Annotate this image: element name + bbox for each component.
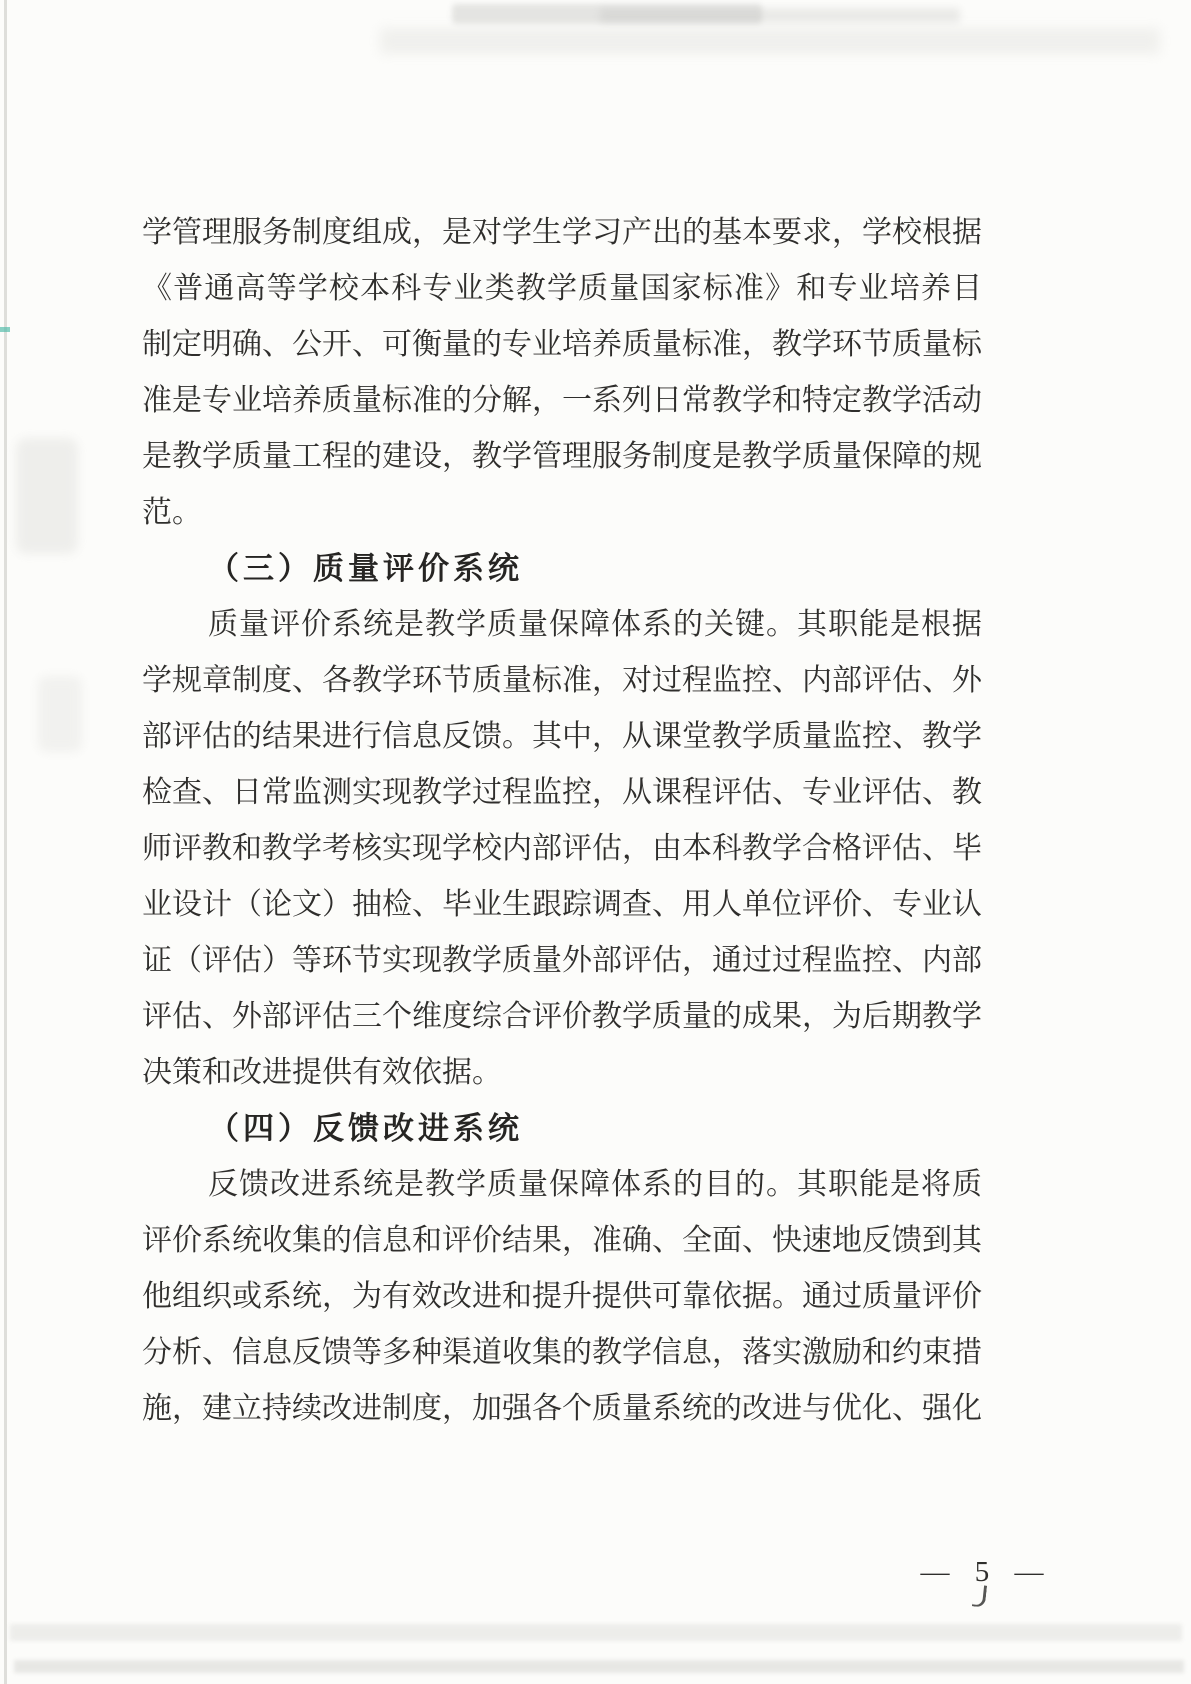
document-body: 学管理服务制度组成，是对学生学习产出的基本要求，学校根据 《普通高等学校本科专业… xyxy=(142,205,982,1437)
text-line: 评价系统收集的信息和评价结果，准确、全面、快速地反馈到其 xyxy=(142,1213,982,1269)
scan-edge-line xyxy=(4,0,7,1684)
text-line: 学管理服务制度组成，是对学生学习产出的基本要求，学校根据 xyxy=(142,205,982,261)
scan-smudge-top xyxy=(600,8,960,23)
text-line: 学规章制度、各教学环节质量标准，对过程监控、内部评估、外 xyxy=(142,653,982,709)
text-line: 制定明确、公开、可衡量的专业培养质量标准，教学环节质量标 xyxy=(142,317,982,373)
text-line: 评估、外部评估三个维度综合评价教学质量的成果，为后期教学 xyxy=(142,989,982,1045)
text-line: 分析、信息反馈等多种渠道收集的教学信息，落实激励和约束措 xyxy=(142,1325,982,1381)
scan-smudge-top xyxy=(380,28,1160,54)
text-line: 准是专业培养质量标准的分解，一系列日常教学和特定教学活动 xyxy=(142,373,982,429)
scan-bleedthrough-band xyxy=(10,1624,1182,1641)
scanned-document-page: 学管理服务制度组成，是对学生学习产出的基本要求，学校根据 《普通高等学校本科专业… xyxy=(0,0,1191,1684)
scan-bleedthrough-band xyxy=(14,1660,1184,1673)
section-heading-3: （三）质量评价系统 xyxy=(142,541,982,597)
page-number: — 5 — xyxy=(908,1556,1058,1589)
text-line: 范。 xyxy=(142,485,982,541)
text-line: 施，建立持续改进制度，加强各个质量系统的改进与优化、强化 xyxy=(142,1381,982,1437)
scan-smudge-left xyxy=(16,438,78,554)
scan-smudge-left xyxy=(38,676,82,752)
text-line: 是教学质量工程的建设，教学管理服务制度是教学质量保障的规 xyxy=(142,429,982,485)
text-line: 部评估的结果进行信息反馈。其中，从课堂教学质量监控、教学 xyxy=(142,709,982,765)
text-line: 检查、日常监测实现教学过程监控，从课程评估、专业评估、教 xyxy=(142,765,982,821)
text-line: 《普通高等学校本科专业类教学质量国家标准》和专业培养目标， xyxy=(142,261,982,317)
text-line: 决策和改进提供有效依据。 xyxy=(142,1045,982,1101)
text-line: 业设计（论文）抽检、毕业生跟踪调查、用人单位评价、专业认 xyxy=(142,877,982,933)
scan-smudge-top xyxy=(452,4,762,24)
section-heading-4: （四）反馈改进系统 xyxy=(142,1101,982,1157)
scan-color-tick xyxy=(0,327,10,332)
text-line: 反馈改进系统是教学质量保障体系的目的。其职能是将质量 xyxy=(142,1157,982,1213)
text-line: 师评教和教学考核实现学校内部评估，由本科教学合格评估、毕 xyxy=(142,821,982,877)
text-line: 他组织或系统，为有效改进和提升提供可靠依据。通过质量评价 xyxy=(142,1269,982,1325)
text-line: 证（评估）等环节实现教学质量外部评估，通过过程监控、内部 xyxy=(142,933,982,989)
text-line: 质量评价系统是教学质量保障体系的关键。其职能是根据教 xyxy=(142,597,982,653)
